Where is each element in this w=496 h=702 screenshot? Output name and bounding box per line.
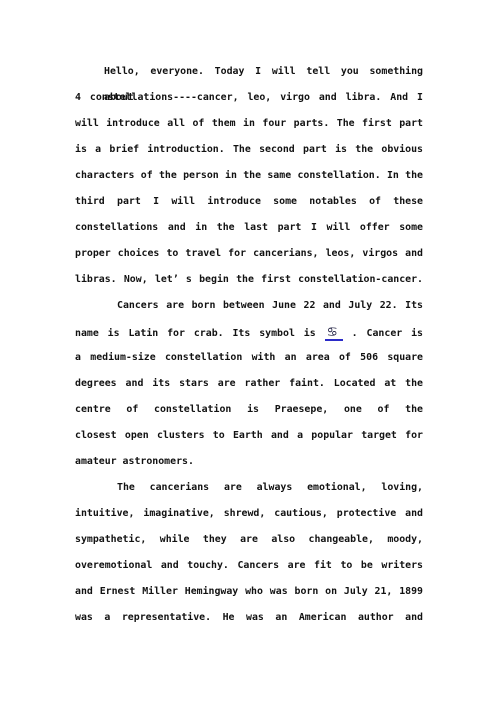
text-segment: . Cancer is (343, 328, 423, 339)
text-line: constellations and in the last part I wi… (75, 215, 423, 241)
text-line: centre of constellation is Praesepe, one… (75, 397, 423, 423)
text-line: a medium-size constellation with an area… (75, 345, 423, 371)
text-line: The cancerians are always emotional, lov… (75, 475, 423, 501)
text-segment: name is Latin for crab. Its symbol is (75, 328, 325, 339)
text-line: closest open clusters to Earth and a pop… (75, 423, 423, 449)
text-line: degrees and its stars are rather faint. … (75, 371, 423, 397)
text-line: Hello, everyone. Today I will tell you s… (75, 59, 423, 85)
cancer-zodiac-symbol: ♋ (325, 324, 343, 341)
text-line: characters of the person in the same con… (75, 163, 423, 189)
text-line: amateur astronomers. (75, 449, 423, 475)
text-line: sympathetic, while they are also changea… (75, 527, 423, 553)
text-line: third part I will introduce some notable… (75, 189, 423, 215)
text-line: proper choices to travel for cancerians,… (75, 241, 423, 267)
text-line: will introduce all of them in four parts… (75, 111, 423, 137)
text-line: overemotional and touchy. Cancers are fi… (75, 553, 423, 579)
document-page: Hello, everyone. Today I will tell you s… (0, 0, 496, 702)
text-line: 4 constellations----cancer, leo, virgo a… (75, 85, 423, 111)
text-line: libras. Now, let’ s begin the first cons… (75, 267, 423, 293)
text-line: intuitive, imaginative, shrewd, cautious… (75, 501, 423, 527)
text-line: name is Latin for crab. Its symbol is ♋ … (75, 319, 423, 345)
text-line: was a representative. He was an American… (75, 605, 423, 631)
text-line: is a brief introduction. The second part… (75, 137, 423, 163)
text-line: Cancers are born between June 22 and Jul… (75, 293, 423, 319)
text-line: and Ernest Miller Hemingway who was born… (75, 579, 423, 605)
document-body: Hello, everyone. Today I will tell you s… (75, 59, 423, 631)
